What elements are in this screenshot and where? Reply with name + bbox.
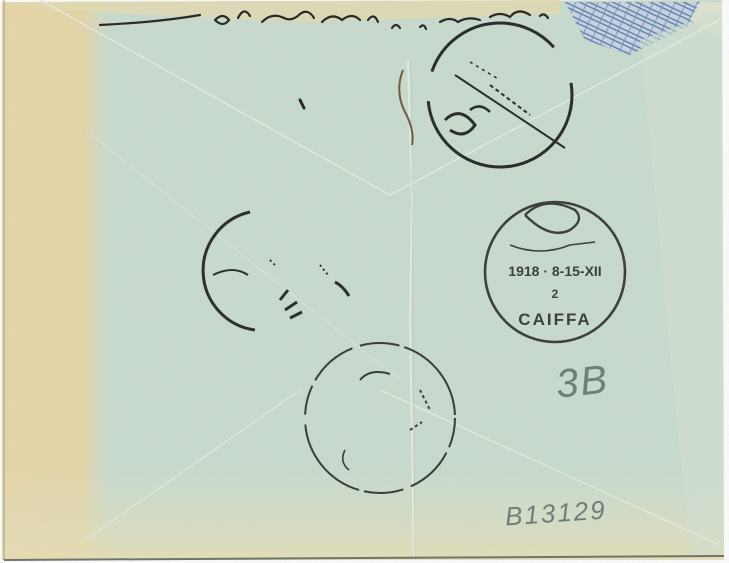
postmark-date: 1918 · 8-15-XII xyxy=(508,263,601,279)
svg-text:2: 2 xyxy=(552,287,559,301)
svg-text:CAIFFA: CAIFFA xyxy=(518,310,591,329)
envelope-artwork: 1918 · 8-15-XII 2 CAIFFA xyxy=(0,0,729,563)
pencil-mark-3b: 3B xyxy=(554,357,611,407)
envelope-scan: 1918 · 8-15-XII 2 CAIFFA 3B B13129 xyxy=(0,0,729,563)
